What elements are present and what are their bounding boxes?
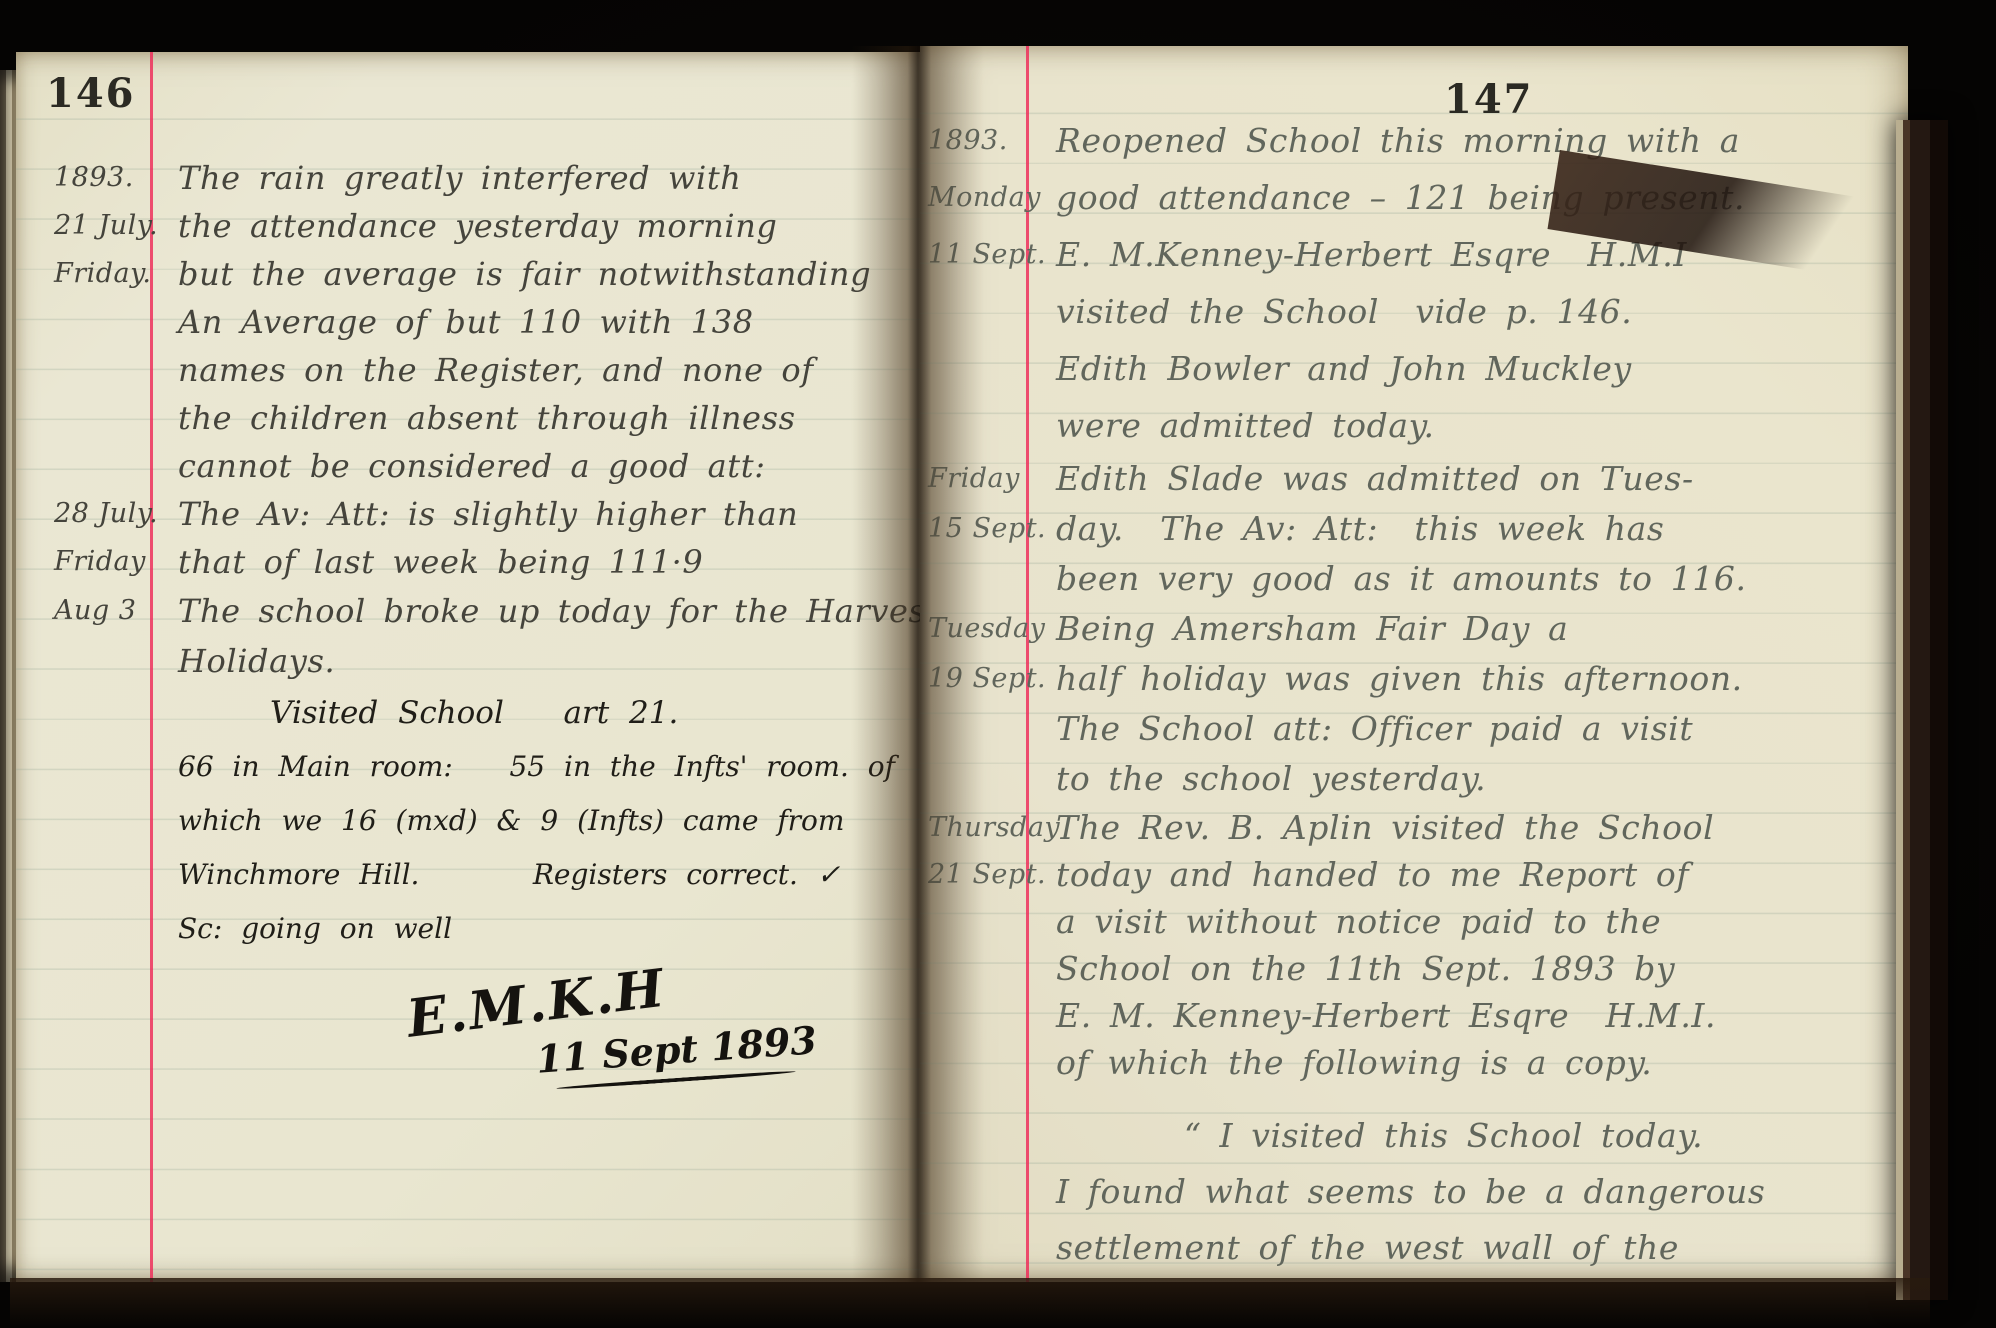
entry-text: Edith Slade was admitted on Tues-day. Th… [1030, 454, 1908, 604]
page-number-left: 146 [46, 70, 136, 117]
entry-text: The Rev. B. Aplin visited the Schooltoda… [1030, 804, 1908, 1086]
entry-text: The Av: Att: is slightly higher thanthat… [152, 490, 920, 586]
entry-text-line: Being Amersham Fair Day a [1056, 604, 1908, 654]
entry-text-line: “ I visited this School today. [1056, 1108, 1908, 1164]
entry-date-line: 21 July. [54, 202, 152, 250]
entry-text-line: visited the School vide p. 146. [1056, 283, 1908, 340]
entry-date-line: Friday. [54, 250, 152, 298]
log-entry: “ I visited this School today.I found wh… [920, 1108, 1908, 1276]
entry-text-line: E. M. Kenney-Herbert Esqre H.M.I. [1056, 992, 1908, 1039]
entry-date-line: Friday [54, 538, 152, 586]
entry-text-line: settlement of the west wall of the [1056, 1220, 1908, 1276]
entry-text: The school broke up today for the Harves… [152, 586, 939, 686]
entry-text-line: The Rev. B. Aplin visited the School [1056, 804, 1908, 851]
entry-text: The rain greatly interfered withthe atte… [152, 154, 920, 490]
entry-text-line: The Av: Att: is slightly higher than [178, 490, 920, 538]
entry-text-line: Visited School art 21. [178, 686, 920, 740]
entry-date-line: 28 July. [54, 490, 152, 538]
log-entry: Tuesday19 Sept.Being Amersham Fair Day a… [920, 604, 1908, 804]
book-gutter [852, 46, 984, 1282]
entries-left: 1893.21 July.Friday.The rain greatly int… [16, 154, 920, 956]
entry-text: Reopened School this morning with agood … [1030, 112, 1908, 454]
entry-text-line: The school broke up today for the Harves… [178, 586, 939, 636]
entry-text-line: Edith Bowler and John Muckley [1056, 340, 1908, 397]
entry-text: Being Amersham Fair Day ahalf holiday wa… [1030, 604, 1908, 804]
log-entry: 1893.Monday11 Sept.Reopened School this … [920, 112, 1908, 454]
entry-text: Visited School art 21.66 in Main room: 5… [152, 686, 920, 956]
entry-text-line: the attendance yesterday morning [178, 202, 920, 250]
logbook-photo: 146 1893.21 July.Friday.The rain greatly… [0, 0, 1996, 1328]
inspector-signature: E.M.K.H 11 Sept 1893 [406, 964, 817, 1082]
entry-text-line: An Average of but 110 with 138 [178, 298, 920, 346]
log-entry: Visited School art 21.66 in Main room: 5… [16, 686, 920, 956]
entry-date: 28 July.Friday [16, 490, 152, 586]
entry-text-line: of which the following is a copy. [1056, 1039, 1908, 1086]
entries-right: 1893.Monday11 Sept.Reopened School this … [920, 112, 1908, 1276]
entry-text-line: that of last week being 111·9 [178, 538, 920, 586]
entry-text-line: Holidays. [178, 636, 939, 686]
entry-text-line: half holiday was given this afternoon. [1056, 654, 1908, 704]
entry-text-line: the children absent through illness [178, 394, 920, 442]
left-page: 146 1893.21 July.Friday.The rain greatly… [16, 52, 920, 1282]
entry-text-line: been very good as it amounts to 116. [1056, 554, 1908, 604]
entry-text-line: The School att: Officer paid a visit [1056, 704, 1908, 754]
entry-text-line: today and handed to me Report of [1056, 851, 1908, 898]
entry-text-line: names on the Register, and none of [178, 346, 920, 394]
entry-text-line: The rain greatly interfered with [178, 154, 920, 202]
entry-text-line: School on the 11th Sept. 1893 by [1056, 945, 1908, 992]
entry-text-line: cannot be considered a good att: [178, 442, 920, 490]
log-entry: 28 July.FridayThe Av: Att: is slightly h… [16, 490, 920, 586]
entry-text: “ I visited this School today.I found wh… [1030, 1108, 1908, 1276]
entry-text-line: a visit without notice paid to the [1056, 898, 1908, 945]
entry-date: 1893.21 July.Friday. [16, 154, 152, 298]
log-entry: Friday15 Sept.Edith Slade was admitted o… [920, 454, 1908, 604]
log-entry: Aug 3The school broke up today for the H… [16, 586, 920, 686]
entry-text-line: I found what seems to be a dangerous [1056, 1164, 1908, 1220]
entry-text-line: which we 16 (mxd) & 9 (Infts) came from [178, 794, 920, 848]
book-cover-edge [1896, 120, 1948, 1300]
entry-date-line: Aug 3 [54, 586, 152, 636]
entry-date: Aug 3 [16, 586, 152, 636]
entry-text-line: day. The Av: Att: this week has [1056, 504, 1908, 554]
entry-text-line: but the average is fair notwithstanding [178, 250, 920, 298]
entry-date-line: 1893. [54, 154, 152, 202]
entry-text-line: Edith Slade was admitted on Tues- [1056, 454, 1908, 504]
entry-text-line: to the school yesterday. [1056, 754, 1908, 804]
log-entry: 1893.21 July.Friday.The rain greatly int… [16, 154, 920, 490]
entry-text-line: Reopened School this morning with a [1056, 112, 1908, 169]
entry-text-line: 66 in Main room: 55 in the Infts' room. … [178, 740, 920, 794]
entry-text-line: were admitted today. [1056, 397, 1908, 454]
log-entry: Thursday21 Sept.The Rev. B. Aplin visite… [920, 804, 1908, 1086]
entry-text-line: Winchmore Hill. Registers correct. ✓ [178, 848, 920, 902]
book-shadow [10, 1278, 1930, 1328]
